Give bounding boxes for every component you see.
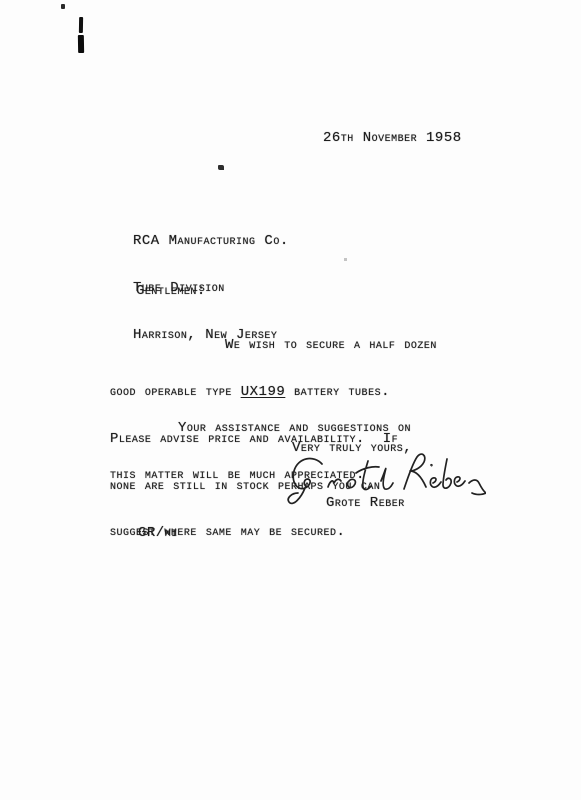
address-line-company: RCA Manufacturing Co. <box>133 234 289 250</box>
scan-dot-right <box>344 258 347 261</box>
salutation: Gentlemen: <box>136 284 206 300</box>
scan-speck-top-icon <box>61 4 65 9</box>
scan-ink-bar-upper <box>79 17 83 33</box>
scan-speck-middle <box>218 165 224 170</box>
scan-ink-bar-lower <box>78 35 84 53</box>
reference-initials: GR/mi <box>138 526 178 542</box>
body-line: Your assistance and suggestions on <box>110 421 455 437</box>
letter-page: 26th November 1958 RCA Manufacturing Co.… <box>0 0 581 800</box>
body-line: We wish to secure a half dozen <box>110 338 455 354</box>
typed-signature-name: Grote Reber <box>326 496 405 512</box>
date-line: 26th November 1958 <box>323 131 462 147</box>
